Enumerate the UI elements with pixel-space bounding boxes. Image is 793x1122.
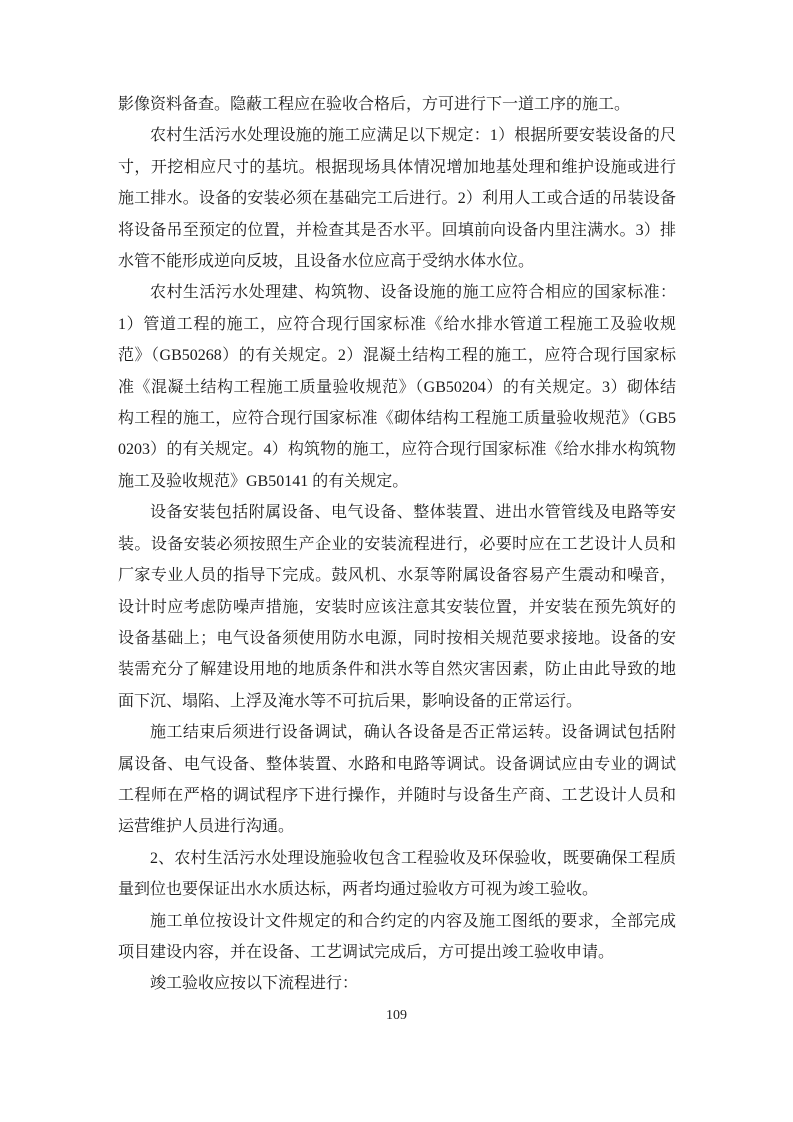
paragraph-continuation: 影像资料备查。隐蔽工程应在验收合格后，方可进行下一道工序的施工。 (118, 89, 676, 120)
paragraph-acceptance-overview: 2、农村生活污水处理设施验收包含工程验收及环保验收，既要确保工程质量到位也要保证… (118, 843, 676, 906)
paragraph-equipment-commissioning: 施工结束后须进行设备调试，确认各设备是否正常运转。设备调试包括附属设备、电气设备… (118, 717, 676, 843)
document-page: 影像资料备查。隐蔽工程应在验收合格后，方可进行下一道工序的施工。 农村生活污水处… (0, 0, 793, 1122)
paragraph-acceptance-process-lead-in: 竣工验收应按以下流程进行： (118, 968, 676, 999)
paragraph-equipment-installation: 设备安装包括附属设备、电气设备、整体装置、进出水管管线及电路等安装。设备安装必须… (118, 497, 676, 717)
paragraph-completion-application: 施工单位按设计文件规定的和合约定的内容及施工图纸的要求，全部完成项目建设内容，并… (118, 906, 676, 969)
paragraph-national-standards: 农村生活污水处理建、构筑物、设备设施的施工应符合相应的国家标准：1）管道工程的施… (118, 277, 676, 497)
paragraph-construction-requirements: 农村生活污水处理设施的施工应满足以下规定：1）根据所要安装设备的尺寸，开挖相应尺… (118, 120, 676, 277)
page-number: 109 (0, 1007, 793, 1025)
page-body-text: 影像资料备查。隐蔽工程应在验收合格后，方可进行下一道工序的施工。 农村生活污水处… (118, 89, 676, 1000)
